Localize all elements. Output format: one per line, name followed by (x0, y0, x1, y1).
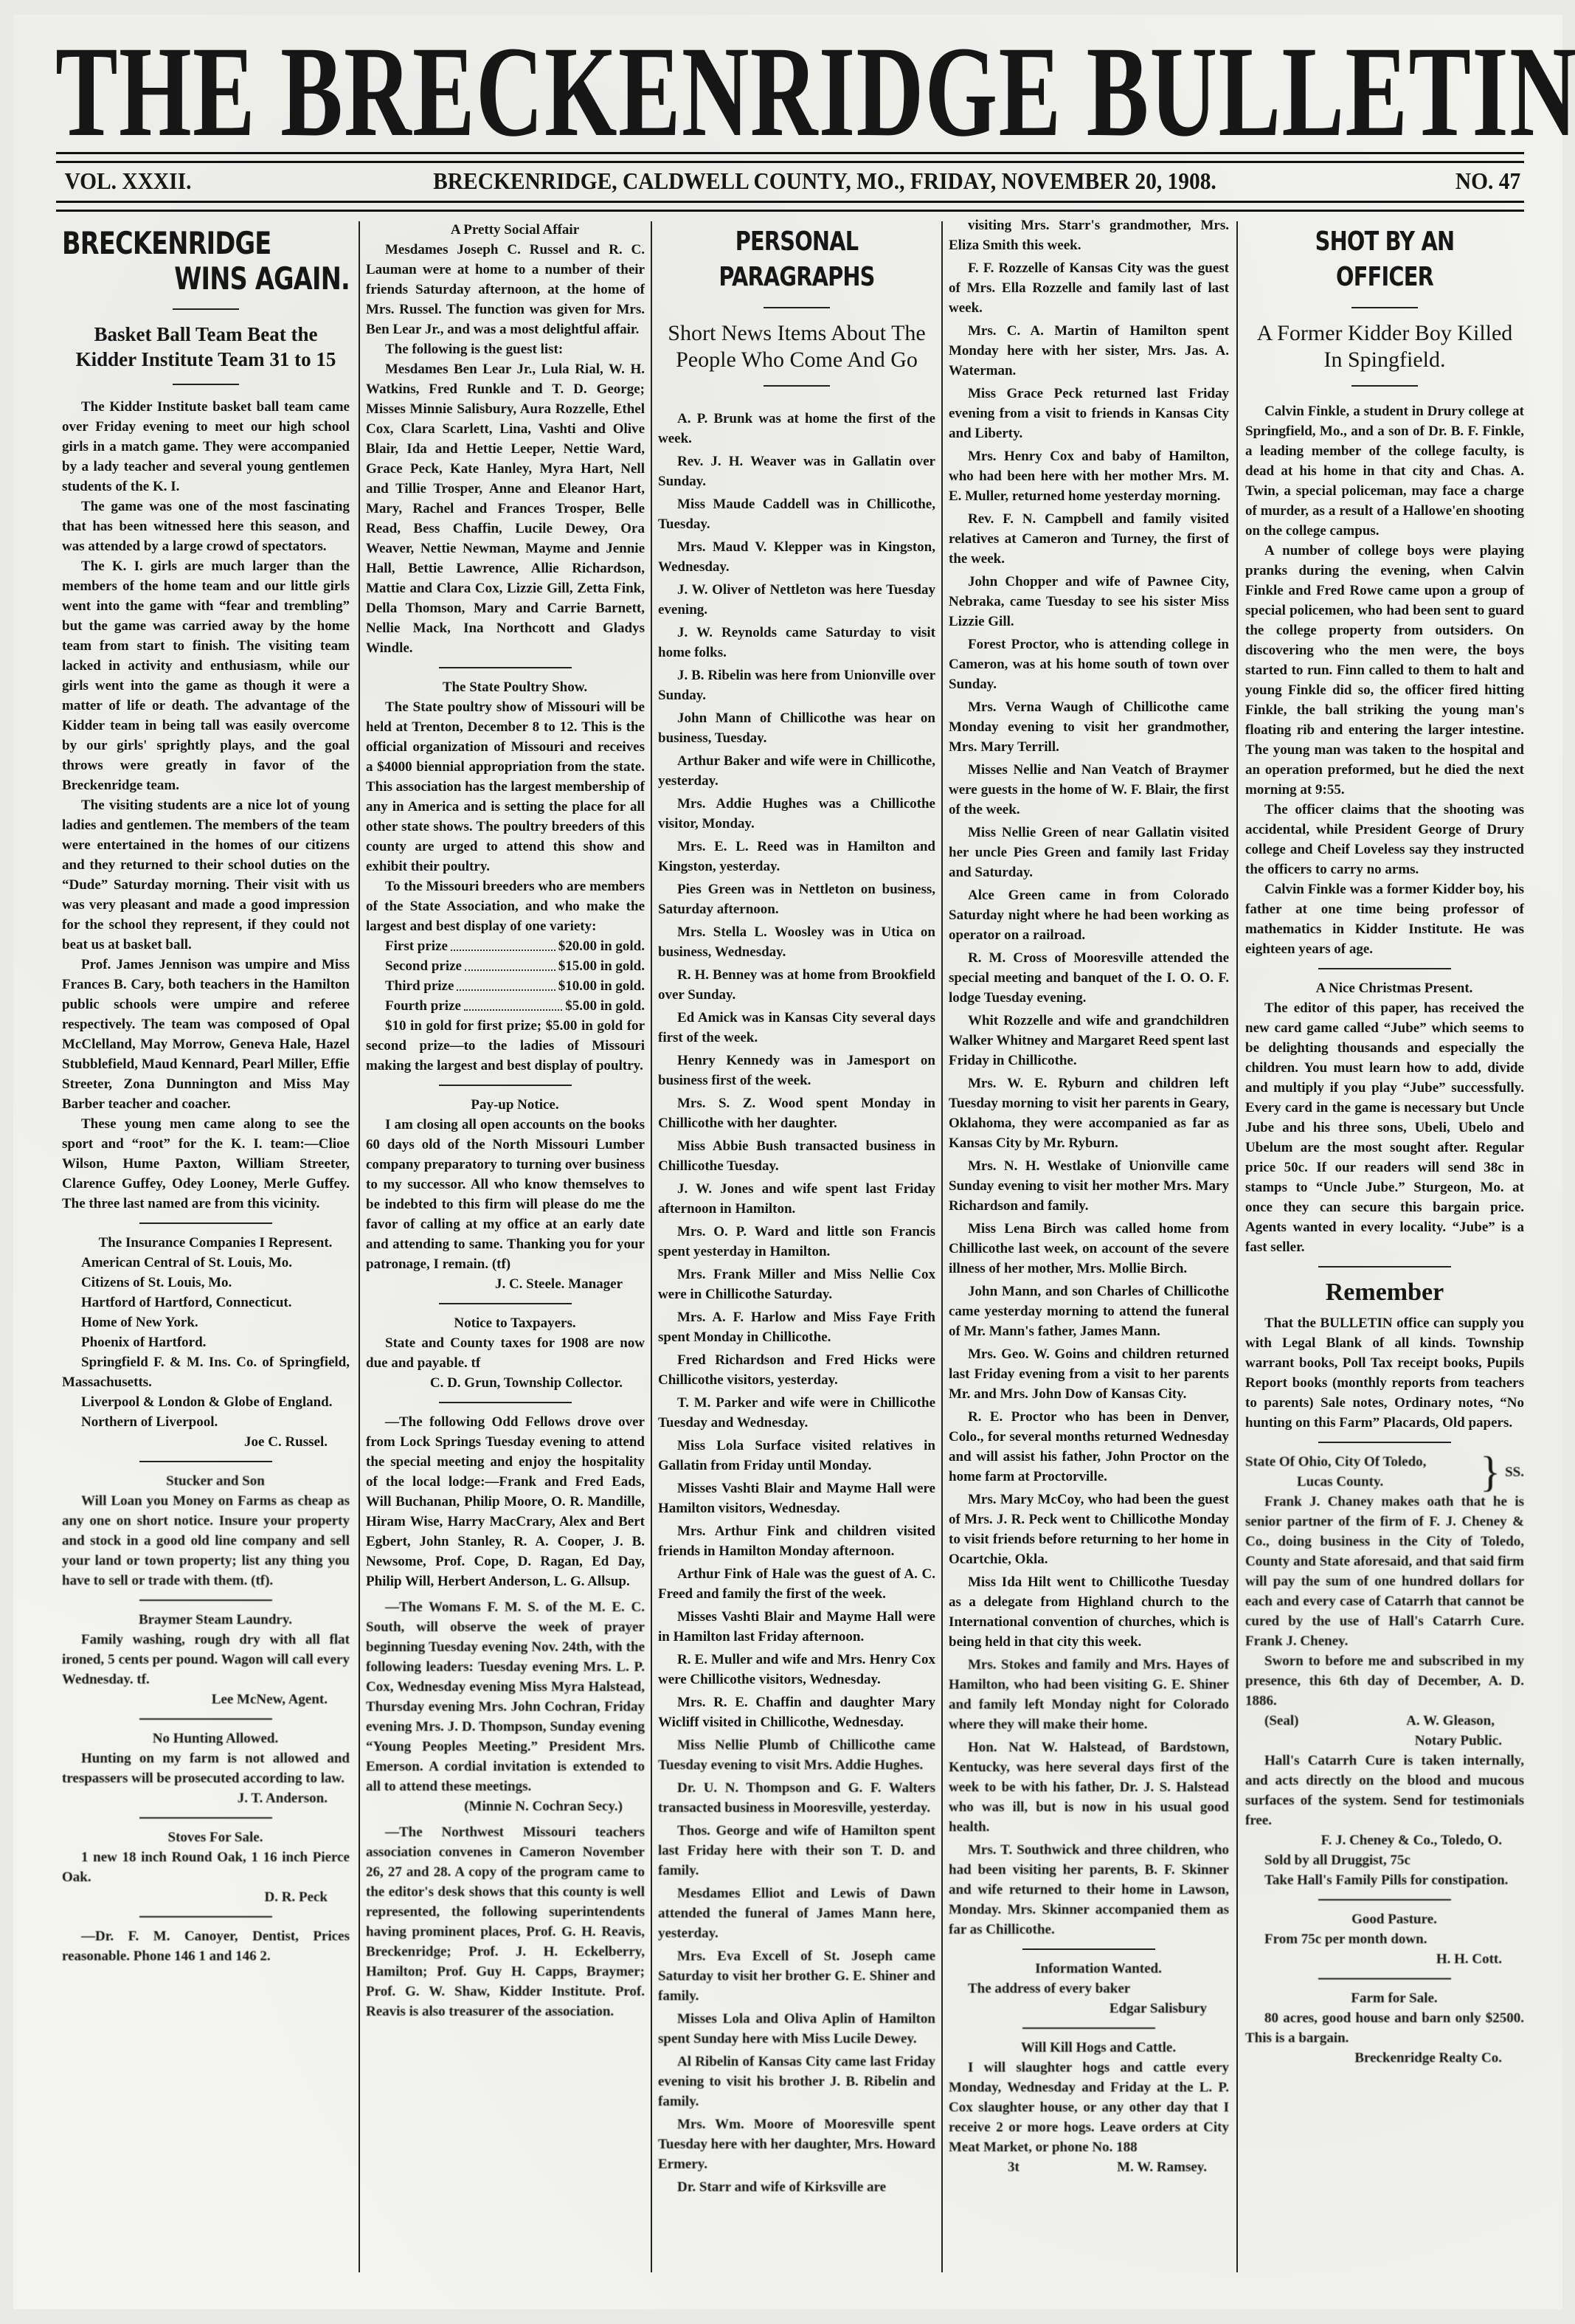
personal-item: Mrs. Mary McCoy, who had been the guest … (949, 1490, 1229, 1569)
divider (173, 384, 239, 385)
divider (439, 1303, 572, 1304)
personal-item: Miss Abbie Bush transacted business in C… (658, 1136, 935, 1176)
article-paragraph: To the Missouri breeders who are members… (366, 876, 645, 936)
newspaper-page: THE BRECKENRIDGE BULLETIN. VOL. XXXII. B… (13, 15, 1562, 2309)
notice-heading: Notice to Taxpayers. (366, 1313, 645, 1333)
divider (1351, 307, 1418, 308)
article-paragraph: The game was one of the most fascinating… (62, 497, 350, 556)
newspaper-title: THE BRECKENRIDGE BULLETIN. (55, 37, 1524, 148)
insurance-item: Springfield F. & M. Ins. Co. of Springfi… (62, 1352, 350, 1392)
ad-body: 1 new 18 inch Round Oak, 1 16 inch Pierc… (62, 1847, 350, 1887)
divider (139, 1916, 272, 1917)
article-paragraph: Calvin Finkle was a former Kidder boy, h… (1245, 879, 1524, 959)
ad-heading: Will Kill Hogs and Cattle. (949, 2038, 1229, 2058)
divider (1318, 1442, 1451, 1443)
personal-item: Mrs. Geo. W. Goins and children returned… (949, 1344, 1229, 1404)
personal-item: Rev. J. H. Weaver was in Gallatin over S… (658, 452, 935, 491)
notice-body: State and County taxes for 1908 are now … (366, 1333, 645, 1373)
personal-item: Mrs. O. P. Ward and little son Francis s… (658, 1222, 935, 1262)
notice-heading: Pay-up Notice. (366, 1095, 645, 1115)
personal-item: Hon. Nat W. Halstead, of Bardstown, Kent… (949, 1737, 1229, 1837)
insurance-item: American Central of St. Louis, Mo. (62, 1253, 350, 1273)
personal-item: Al Ribelin of Kansas City came last Frid… (658, 2052, 935, 2112)
personal-item: John Mann of Chillicothe was hear on bus… (658, 708, 935, 748)
personal-item: Misses Nellie and Nan Veatch of Braymer … (949, 760, 1229, 820)
insurance-heading: The Insurance Companies I Represent. (62, 1233, 350, 1253)
personal-items: A. P. Brunk was at home the first of the… (658, 409, 935, 2197)
personal-item: Mrs. T. Southwick and three children, wh… (949, 1840, 1229, 1940)
insurance-item: Home of New York. (62, 1313, 350, 1332)
personal-item: Mrs. E. L. Reed was in Hamilton and King… (658, 837, 935, 876)
personal-item: Mrs. S. Z. Wood spent Monday in Chillico… (658, 1093, 935, 1133)
personal-item: Arthur Baker and wife were in Chillicoth… (658, 751, 935, 791)
personal-item: Mrs. C. A. Martin of Hamilton spent Mond… (949, 321, 1229, 381)
divider (1318, 1978, 1451, 1979)
personal-item: J. W. Jones and wife spent last Friday a… (658, 1179, 935, 1219)
divider (439, 1085, 572, 1086)
divider (1318, 1266, 1451, 1268)
signature: J. C. Steele. Manager (366, 1274, 645, 1294)
article-paragraph: The Kidder Institute basket ball team ca… (62, 397, 350, 497)
personal-item: Mrs. Stella L. Woosley was in Utica on b… (658, 922, 935, 962)
article-paragraph: Prof. James Jennison was umpire and Miss… (62, 955, 350, 1114)
prize-row: Second prize$15.00 in gold. (366, 956, 645, 976)
article-paragraph: $10 in gold for first prize; $5.00 in go… (366, 1016, 645, 1076)
divider (764, 385, 830, 387)
insurance-item: Phoenix of Hartford. (62, 1332, 350, 1352)
personal-item: Thos. George and wife of Hamilton spent … (658, 1821, 935, 1881)
personal-item: Miss Ida Hilt went to Chillicothe Tuesda… (949, 1572, 1229, 1652)
article-paragraph: The following is the guest list: (366, 339, 645, 359)
divider (1318, 968, 1451, 969)
dateline: BRECKENRIDGE, CALDWELL COUNTY, MO., FRID… (433, 167, 1216, 195)
insurance-item: Northern of Liverpool. (62, 1412, 350, 1432)
personal-item: R. E. Proctor who has been in Denver, Co… (949, 1407, 1229, 1487)
article-headline: SHOT BY AN OFFICER (1273, 224, 1496, 295)
ad-heading: Stoves For Sale. (62, 1827, 350, 1847)
divider (1351, 385, 1418, 387)
ad-tag: 3t (1008, 2157, 1020, 2177)
article-paragraph: The officer claims that the shooting was… (1245, 800, 1524, 879)
personal-item: Dr. Starr and wife of Kirksville are (658, 2177, 935, 2197)
article-paragraph: The K. I. girls are much larger than the… (62, 556, 350, 795)
personal-item: R. E. Muller and wife and Mrs. Henry Cox… (658, 1650, 935, 1690)
personal-item: Miss Lena Birch was called home from Chi… (949, 1219, 1229, 1279)
divider (139, 1461, 272, 1462)
article-paragraph: These young men came along to see the sp… (62, 1114, 350, 1214)
column-5: SHOT BY AN OFFICER A Former Kidder Boy K… (1245, 215, 1524, 2281)
issue-number: NO. 47 (1455, 167, 1520, 195)
divider (139, 1222, 272, 1224)
personal-item: T. M. Parker and wife were in Chillicoth… (658, 1393, 935, 1433)
personal-item: R. M. Cross of Mooresville attended the … (949, 948, 1229, 1008)
personal-item: Fred Richardson and Fred Hicks were Chil… (658, 1350, 935, 1390)
personal-item: Forest Proctor, who is attending college… (949, 634, 1229, 694)
masthead: THE BRECKENRIDGE BULLETIN. (58, 37, 1522, 148)
article-paragraph: —The Womans F. M. S. of the M. E. C. Sou… (366, 1597, 645, 1796)
signature: C. D. Grun, Township Collector. (366, 1373, 645, 1393)
masthead-rule (56, 152, 1524, 163)
ad-body: Hunting on my farm is not allowed and tr… (62, 1749, 350, 1788)
article-paragraph: Calvin Finkle, a student in Drury colleg… (1245, 401, 1524, 541)
ad-heading: Good Pasture. (1245, 1909, 1524, 1929)
article-paragraph: The State poultry show of Missouri will … (366, 697, 645, 876)
headline-line-2: WINS AGAIN. (120, 261, 350, 297)
personal-item: Misses Vashti Blair and Mayme Hall were … (658, 1607, 935, 1647)
remember-heading: Remember (1245, 1276, 1524, 1309)
personal-item: Whit Rozzelle and wife and grandchildren… (949, 1011, 1229, 1071)
columns: BRECKENRIDGE WINS AGAIN. Basket Ball Tea… (56, 215, 1524, 2281)
ad-body: Sworn to before me and subscribed in my … (1245, 1651, 1524, 1711)
personal-item: visiting Mrs. Starr's grandmother, Mrs. … (949, 215, 1229, 255)
oath-heading: State Of Ohio, City Of Toledo, Lucas Cou… (1245, 1452, 1524, 1492)
personal-item: R. H. Benney was at home from Brookfield… (658, 965, 935, 1005)
personal-item: J. W. Oliver of Nettleton was here Tuesd… (658, 580, 935, 620)
personal-item: Mrs. Stokes and family and Mrs. Hayes of… (949, 1655, 1229, 1735)
article-paragraph: —The following Odd Fellows drove over fr… (366, 1412, 645, 1591)
divider (1022, 2027, 1155, 2029)
headline-line-1: BRECKENRIDGE (62, 226, 292, 261)
ad-body: Take Hall's Family Pills for constipatio… (1245, 1870, 1524, 1890)
personal-item: Miss Grace Peck returned last Friday eve… (949, 384, 1229, 443)
divider (1318, 1899, 1451, 1901)
column-rule (941, 221, 943, 2272)
signature: Lee McNew, Agent. (62, 1690, 350, 1709)
section-subhead: Short News Items About The People Who Co… (658, 320, 935, 373)
personal-item: Mrs. W. E. Ryburn and children left Tues… (949, 1073, 1229, 1153)
brace-icon: } (1480, 1453, 1500, 1490)
article-paragraph: —The Northwest Missouri teachers associa… (366, 1822, 645, 2022)
personal-item: Mrs. Eva Excell of St. Joseph came Satur… (658, 1946, 935, 2006)
notice-body: I am closing all open accounts on the bo… (366, 1115, 645, 1274)
column-rule (651, 221, 652, 2272)
notary-name: A. W. Gleason, (1406, 1711, 1495, 1731)
personal-item: J. W. Reynolds came Saturday to visit ho… (658, 623, 935, 663)
signature: (Minnie N. Cochran Secy.) (366, 1796, 645, 1816)
personal-item: Dr. U. N. Thompson and G. F. Walters tra… (658, 1778, 935, 1818)
divider (439, 667, 572, 668)
personal-item: Mrs. Verna Waugh of Chillicothe came Mon… (949, 697, 1229, 757)
divider (764, 307, 830, 308)
ad-heading: Stucker and Son (62, 1471, 350, 1491)
personal-item: John Mann, and son Charles of Chillicoth… (949, 1282, 1229, 1341)
personal-item: John Chopper and wife of Pawnee City, Ne… (949, 572, 1229, 632)
insurance-item: Citizens of St. Louis, Mo. (62, 1273, 350, 1293)
divider (139, 1817, 272, 1819)
personal-item: Mrs. N. H. Westlake of Unionville came S… (949, 1156, 1229, 1216)
article-paragraph: The visiting students are a nice lot of … (62, 795, 350, 955)
section-headline: PERSONAL PARAGRAPHS (686, 224, 908, 295)
personal-item: Henry Kennedy was in Jamesport on busine… (658, 1051, 935, 1090)
article-paragraph: The editor of this paper, has received t… (1245, 998, 1524, 1257)
personal-item: Mrs. Henry Cox and baby of Hamilton, who… (949, 446, 1229, 506)
signature: H. H. Cott. (1245, 1949, 1524, 1969)
county-line: Lucas County. (1245, 1472, 1475, 1492)
personal-item: Miss Nellie Plumb of Chillicothe came Tu… (658, 1735, 935, 1775)
personal-items-continued: visiting Mrs. Starr's grandmother, Mrs. … (949, 215, 1229, 1940)
personal-item: F. F. Rozzelle of Kansas City was the gu… (949, 258, 1229, 318)
divider (139, 1718, 272, 1720)
ad-body: I will slaughter hogs and cattle every M… (949, 2058, 1229, 2157)
personal-item: Miss Nellie Green of near Gallatin visit… (949, 823, 1229, 882)
divider (139, 1600, 272, 1601)
personal-item: Mrs. Addie Hughes was a Chillicothe visi… (658, 794, 935, 834)
personal-item: J. B. Ribelin was here from Unionville o… (658, 665, 935, 705)
personal-item: Mrs. Arthur Fink and children visited fr… (658, 1521, 935, 1561)
ad-heading: No Hunting Allowed. (62, 1729, 350, 1749)
personal-item: Rev. F. N. Campbell and family visited r… (949, 509, 1229, 569)
ad-body: The address of every baker (949, 1979, 1229, 1999)
article-paragraph: Mesdames Joseph C. Russel and R. C. Laum… (366, 240, 645, 339)
state-line: State Of Ohio, City Of Toledo, (1245, 1452, 1475, 1472)
divider (173, 308, 239, 310)
column-4: visiting Mrs. Starr's grandmother, Mrs. … (949, 215, 1229, 2281)
personal-item: Alce Green came in from Colorado Saturda… (949, 885, 1229, 945)
ad-body: 80 acres, good house and barn only $2500… (1245, 2008, 1524, 2048)
personal-item: Mrs. Frank Miller and Miss Nellie Cox we… (658, 1265, 935, 1304)
notary-title: Notary Public. (1245, 1731, 1524, 1751)
personal-item: Arthur Fink of Hale was the guest of A. … (658, 1564, 935, 1604)
ad-heading: Information Wanted. (949, 1959, 1229, 1979)
signature: J. T. Anderson. (62, 1788, 350, 1808)
ad-body: Frank J. Chaney makes oath that he is se… (1245, 1492, 1524, 1651)
personal-item: Ed Amick was in Kansas City several days… (658, 1008, 935, 1048)
personal-item: Mrs. R. E. Chaffin and daughter Mary Wic… (658, 1692, 935, 1732)
ad-heading: Braymer Steam Laundry. (62, 1610, 350, 1630)
personal-item: Mesdames Elliot and Lewis of Dawn attend… (658, 1884, 935, 1943)
ad-body: Hall's Catarrh Cure is taken internally,… (1245, 1751, 1524, 1830)
volume-number: VOL. XXXII. (64, 167, 191, 195)
column-1: BRECKENRIDGE WINS AGAIN. Basket Ball Tea… (62, 215, 350, 2281)
personal-item: A. P. Brunk was at home the first of the… (658, 409, 935, 449)
personal-item: Miss Lola Surface visited relatives in G… (658, 1436, 935, 1476)
signature: Joe C. Russel. (62, 1432, 350, 1452)
signature: M. W. Ramsey. (1117, 2157, 1207, 2177)
personal-item: Mrs. Maud V. Klepper was in Kingston, We… (658, 537, 935, 577)
prize-row: Fourth prize$5.00 in gold. (366, 996, 645, 1016)
folio-rule (56, 201, 1524, 212)
divider (439, 1402, 572, 1403)
folio-line: VOL. XXXII. BRECKENRIDGE, CALDWELL COUNT… (59, 166, 1523, 196)
ad-body: Sold by all Druggist, 75c (1245, 1850, 1524, 1870)
signature: Breckenridge Realty Co. (1245, 2048, 1524, 2068)
ad-body: Will Loan you Money on Farms as cheap as… (62, 1491, 350, 1591)
article-heading: The State Poultry Show. (366, 677, 645, 697)
personal-item: Miss Maude Caddell was in Chillicothe, T… (658, 494, 935, 534)
ad-body: Family washing, rough dry with all flat … (62, 1630, 350, 1690)
ad-body: From 75c per month down. (1245, 1929, 1524, 1949)
signature: Edgar Salisbury (949, 1999, 1229, 2019)
article-paragraph: Mesdames Ben Lear Jr., Lula Rial, W. H. … (366, 359, 645, 658)
column-rule (1236, 221, 1238, 2272)
article-paragraph: A number of college boys were playing pr… (1245, 541, 1524, 800)
prize-row: First prize$20.00 in gold. (366, 936, 645, 956)
insurance-item: Liverpool & London & Globe of England. (62, 1392, 350, 1412)
prize-row: Third prize$10.00 in gold. (366, 976, 645, 996)
personal-item: Mrs. Wm. Moore of Mooresville spent Tues… (658, 2114, 935, 2174)
signature: D. R. Peck (62, 1887, 350, 1907)
ad-heading: Farm for Sale. (1245, 1988, 1524, 2008)
personal-item: Pies Green was in Nettleton on business,… (658, 879, 935, 919)
ad-body: —Dr. F. M. Canoyer, Dentist, Prices reas… (62, 1926, 350, 1966)
personal-item: Misses Vashti Blair and Mayme Hall were … (658, 1479, 935, 1518)
article-subhead: Basket Ball Team Beat the Kidder Institu… (62, 322, 350, 372)
article-heading: A Pretty Social Affair (366, 220, 645, 240)
column-2: A Pretty Social Affair Mesdames Joseph C… (366, 215, 645, 2281)
divider (1022, 1948, 1155, 1950)
article-subhead: A Former Kidder Boy Killed In Spingfield… (1245, 320, 1524, 373)
seal-label: (Seal) (1264, 1711, 1298, 1731)
insurance-item: Hartford of Hartford, Connecticut. (62, 1293, 350, 1313)
column-rule (359, 221, 360, 2272)
ad-body: That the BULLETIN office can supply you … (1245, 1313, 1524, 1433)
article-heading: A Nice Christmas Present. (1245, 978, 1524, 998)
personal-item: Mrs. A. F. Harlow and Miss Faye Frith sp… (658, 1307, 935, 1347)
ss-label: SS. (1505, 1462, 1524, 1482)
column-3: PERSONAL PARAGRAPHS Short News Items Abo… (658, 215, 935, 2281)
personal-item: Misses Lola and Oliva Aplin of Hamilton … (658, 2009, 935, 2049)
company-name: F. J. Cheney & Co., Toledo, O. (1245, 1830, 1524, 1850)
